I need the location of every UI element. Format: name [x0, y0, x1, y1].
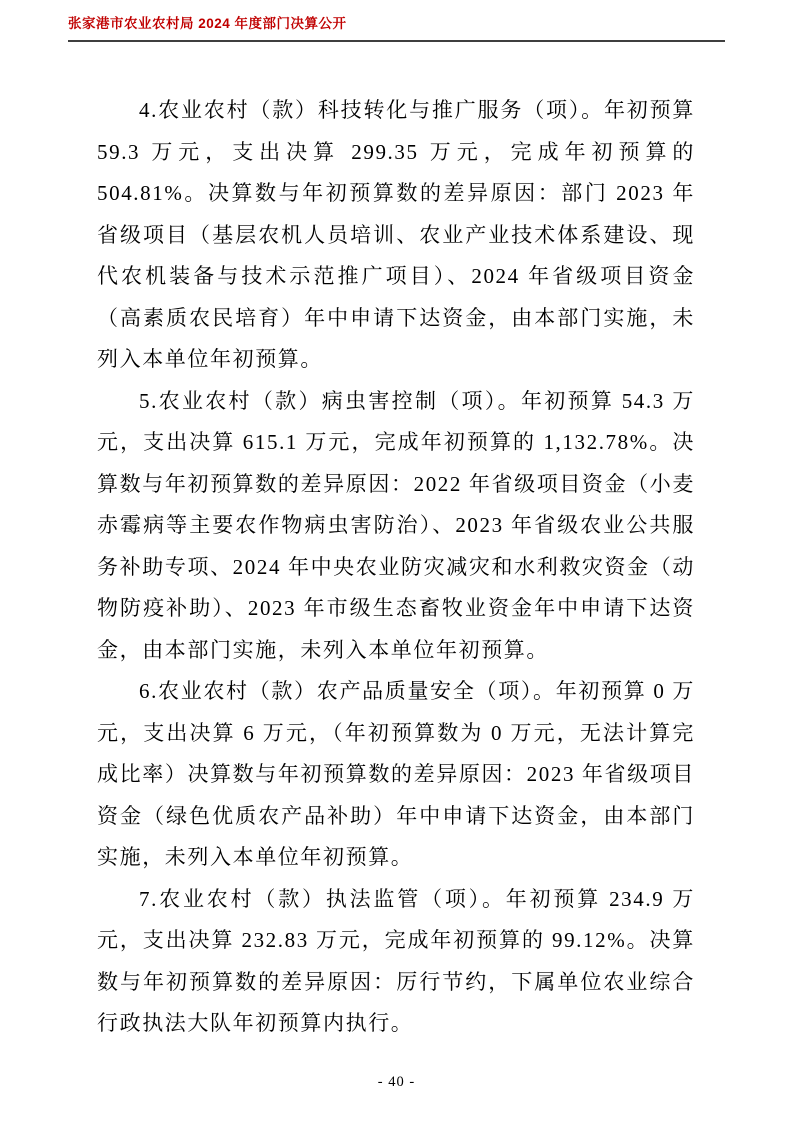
document-body: 4.农业农村（款）科技转化与推广服务（项）。年初预算 59.3 万元，支出决算 … — [97, 90, 695, 1045]
page-number: - 40 - — [0, 1074, 793, 1091]
paragraph-item-6: 6.农业农村（款）农产品质量安全（项）。年初预算 0 万元，支出决算 6 万元，… — [97, 671, 695, 879]
paragraph-item-7: 7.农业农村（款）执法监管（项）。年初预算 234.9 万元，支出决算 232.… — [97, 879, 695, 1045]
page-header: 张家港市农业农村局 2024 年度部门决算公开 — [68, 12, 725, 42]
document-page: 张家港市农业农村局 2024 年度部门决算公开 4.农业农村（款）科技转化与推广… — [0, 0, 793, 1122]
paragraph-item-5: 5.农业农村（款）病虫害控制（项）。年初预算 54.3 万元，支出决算 615.… — [97, 381, 695, 672]
header-rule — [68, 40, 725, 42]
paragraph-item-4: 4.农业农村（款）科技转化与推广服务（项）。年初预算 59.3 万元，支出决算 … — [97, 90, 695, 381]
header-title: 张家港市农业农村局 2024 年度部门决算公开 — [68, 12, 725, 40]
